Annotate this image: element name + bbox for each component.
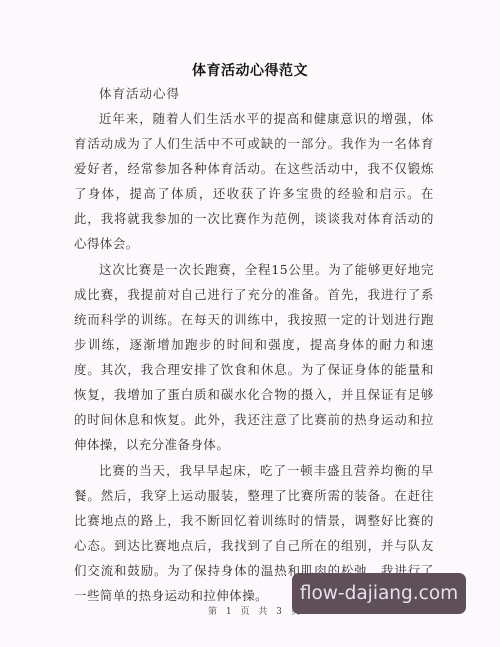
paragraph: 这次比赛是一次长跑赛，全程15公里。为了能够更好地完成比赛，我提前对自己进行了充… (74, 257, 434, 457)
paragraph: 近年来，随着人们生活水平的提高和健康意识的增强，体育活动成为了人们生活中不可或缺… (74, 106, 434, 256)
document-title: 体育活动心得范文 (0, 60, 500, 80)
document-body: 近年来，随着人们生活水平的提高和健康意识的增强，体育活动成为了人们生活中不可或缺… (74, 106, 434, 609)
document-page: 体育活动心得范文 体育活动心得 近年来，随着人们生活水平的提高和健康意识的增强，… (0, 0, 500, 647)
watermark-badge: flow-dajiang.com (292, 573, 466, 614)
document-subtitle: 体育活动心得 (99, 84, 180, 102)
page-number-footer: 第 1 页 共 3 页 (208, 604, 303, 617)
